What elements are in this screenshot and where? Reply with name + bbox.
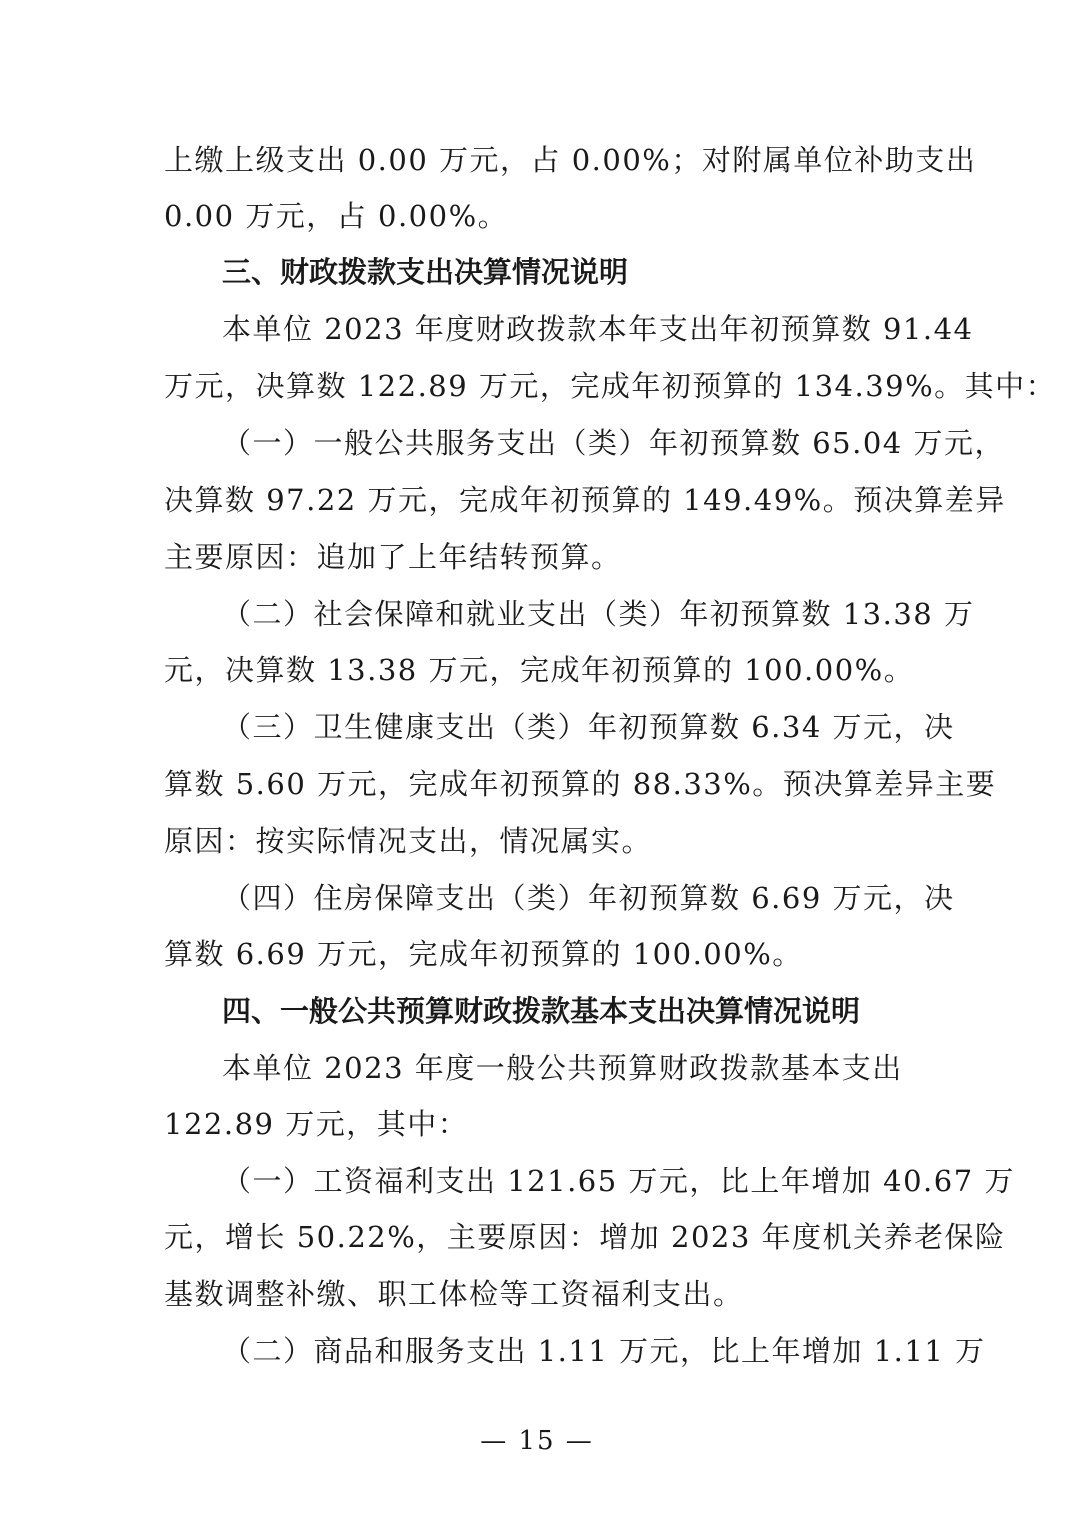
paragraph-line: 主要原因：追加了上年结转预算。 xyxy=(164,537,622,577)
paragraph-line: 算数 6.69 万元，完成年初预算的 100.00%。 xyxy=(164,934,803,974)
paragraph-line: 上缴上级支出 0.00 万元，占 0.00%；对附属单位补助支出 xyxy=(164,140,976,180)
document-page: 上缴上级支出 0.00 万元，占 0.00%；对附属单位补助支出0.00 万元，… xyxy=(0,0,1074,1520)
paragraph-line: （一）工资福利支出 121.65 万元，比上年增加 40.67 万 xyxy=(222,1161,1015,1201)
paragraph-line: 本单位 2023 年度一般公共预算财政拨款基本支出 xyxy=(222,1048,903,1088)
paragraph-line: 本单位 2023 年度财政拨款本年支出年初预算数 91.44 xyxy=(222,309,973,349)
paragraph-line: 元，决算数 13.38 万元，完成年初预算的 100.00%。 xyxy=(164,650,914,690)
paragraph-line: 元，增长 50.22%，主要原因：增加 2023 年度机关养老保险 xyxy=(164,1217,1006,1257)
section-heading: 三、财政拨款支出决算情况说明 xyxy=(222,252,628,292)
paragraph-line: 122.89 万元，其中： xyxy=(164,1104,468,1144)
paragraph-line: 原因：按实际情况支出，情况属实。 xyxy=(164,821,652,861)
paragraph-line: 0.00 万元，占 0.00%。 xyxy=(164,196,508,236)
section-heading: 四、一般公共预算财政拨款基本支出决算情况说明 xyxy=(222,991,860,1031)
paragraph-line: （四）住房保障支出（类）年初预算数 6.69 万元，决 xyxy=(222,878,955,918)
paragraph-line: 算数 5.60 万元，完成年初预算的 88.33%。预决算差异主要 xyxy=(164,764,996,804)
paragraph-line: （二）商品和服务支出 1.11 万元，比上年增加 1.11 万 xyxy=(222,1331,986,1371)
paragraph-line: 决算数 97.22 万元，完成年初预算的 149.49%。预决算差异 xyxy=(164,480,1006,520)
page-number: — 15 — xyxy=(0,1426,1074,1456)
paragraph-line: 基数调整补缴、职工体检等工资福利支出。 xyxy=(164,1274,744,1314)
paragraph-line: （三）卫生健康支出（类）年初预算数 6.34 万元，决 xyxy=(222,707,955,747)
paragraph-line: （一）一般公共服务支出（类）年初预算数 65.04 万元， xyxy=(222,423,1005,463)
paragraph-line: 万元，决算数 122.89 万元，完成年初预算的 134.39%。其中： xyxy=(164,366,1056,406)
paragraph-line: （二）社会保障和就业支出（类）年初预算数 13.38 万 xyxy=(222,594,974,634)
